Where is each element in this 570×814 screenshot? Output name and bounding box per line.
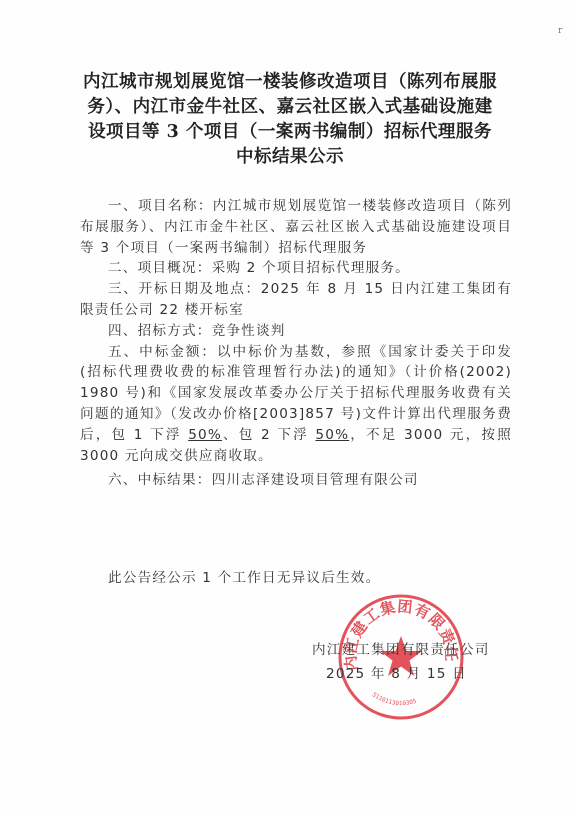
section-project-name: 一、项目名称：内江城市规划展览馆一楼装修改造项目（陈列布展服务）、内江市金牛社区… — [80, 196, 512, 258]
section-text: 四川志泽建设项目管理有限公司 — [212, 472, 419, 488]
document-title: 内江城市规划展览馆一楼装修改造项目（陈列布展服 务）、内江市金牛社区、嘉云社区嵌… — [70, 70, 510, 170]
section-text: 竞争性谈判 — [212, 323, 286, 339]
signature-block: 内江建工集团有限责任公司 2025 年 8 月 15 日 — [312, 638, 490, 686]
document-page: r 内江城市规划展览馆一楼装修改造项目（陈列布展服 务）、内江市金牛社区、嘉云社… — [0, 0, 570, 814]
signature-date: 2025 年 8 月 15 日 — [312, 662, 490, 686]
section-text: 采购 2 个项目招标代理服务。 — [212, 260, 410, 276]
title-line: 务）、内江市金牛社区、嘉云社区嵌入式基础设施建 — [70, 95, 510, 120]
title-line: 中标结果公示 — [70, 145, 510, 170]
section-label: 五、中标金额： — [108, 344, 217, 360]
section-project-overview: 二、项目概况：采购 2 个项目招标代理服务。 — [80, 258, 512, 279]
title-line: 设项目等 3 个项目（一案两书编制）招标代理服务 — [70, 120, 510, 145]
title-line: 内江城市规划展览馆一楼装修改造项目（陈列布展服 — [70, 70, 510, 95]
section-bidding-method: 四、招标方式：竞争性谈判 — [80, 321, 512, 342]
section-text: 、包 2 下浮 — [222, 427, 315, 443]
section-label: 二、项目概况： — [108, 260, 212, 276]
section-winning-amount: 五、中标金额：以中标价为基数，参照《国家计委关于印发(招标代理费收费的标准管理暂… — [80, 342, 512, 467]
signature-company: 内江建工集团有限责任公司 — [312, 638, 490, 662]
svg-text:5110113010305: 5110113010305 — [371, 691, 418, 707]
discount-package-2: 50% — [315, 427, 349, 443]
section-label: 六、中标结果： — [108, 472, 212, 488]
section-opening-date-place: 三、开标日期及地点：2025 年 8 月 15 日内江建工集团有限责任公司 22… — [80, 279, 512, 321]
discount-package-1: 50% — [188, 427, 222, 443]
section-label: 三、开标日期及地点： — [108, 281, 261, 297]
section-winning-result: 六、中标结果：四川志泽建设项目管理有限公司 — [80, 470, 512, 491]
effective-notice: 此公告经公示 1 个工作日无异议后生效。 — [108, 566, 380, 586]
section-label: 一、项目名称： — [108, 198, 213, 214]
seal-code: 5110113010305 — [371, 691, 418, 707]
document-body: 一、项目名称：内江城市规划展览馆一楼装修改造项目（陈列布展服务）、内江市金牛社区… — [80, 196, 512, 491]
section-label: 四、招标方式： — [108, 323, 212, 339]
corner-mark: r — [558, 26, 562, 36]
